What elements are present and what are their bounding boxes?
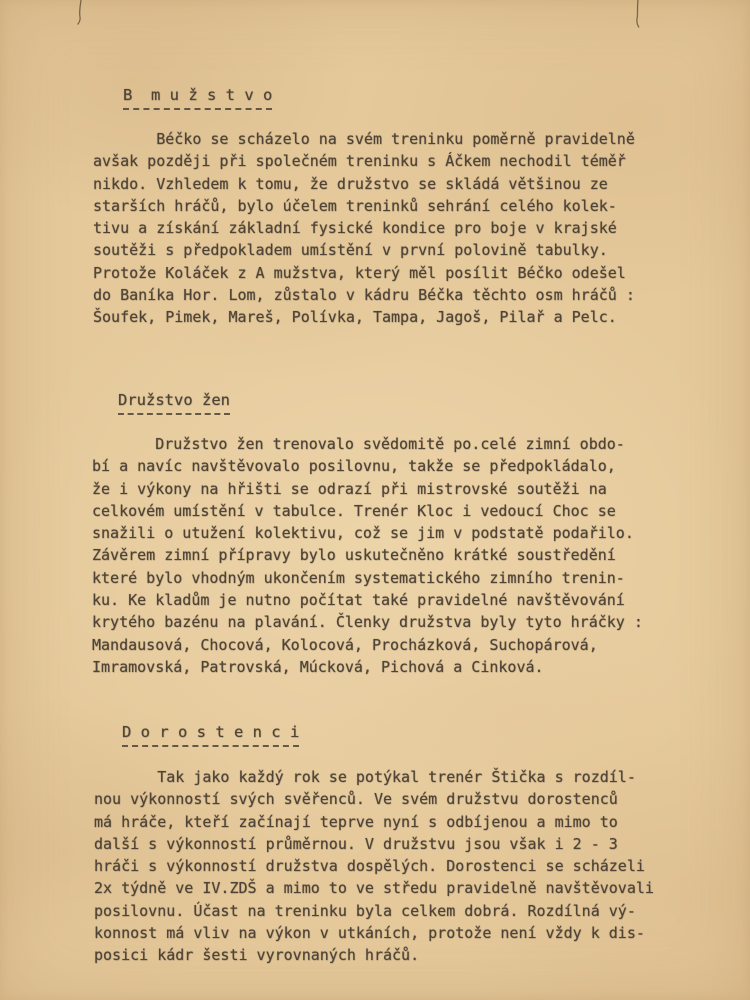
section-paragraph-dorostenci: Tak jako každý rok se potýkal trenér Šti…	[94, 766, 654, 967]
section-paragraph-b-muzstvo: Béčko se scházelo na svém treninku poměr…	[93, 128, 635, 329]
section-paragraph-druzstvo-zen: Družstvo žen trenovalo svědomitě po.celé…	[92, 433, 643, 678]
scanned-typewritten-page: B m u ž s t v o Béčko se scházelo na své…	[0, 0, 750, 1000]
pen-scratch-mark-right	[630, 0, 646, 34]
section-heading-dorostenci: D o r o s t e n c i	[122, 723, 299, 747]
section-heading-b-muzstvo: B m u ž s t v o	[123, 86, 272, 110]
section-heading-druzstvo-zen: Družstvo žen	[118, 391, 230, 415]
pen-scratch-mark-left	[72, 0, 88, 30]
